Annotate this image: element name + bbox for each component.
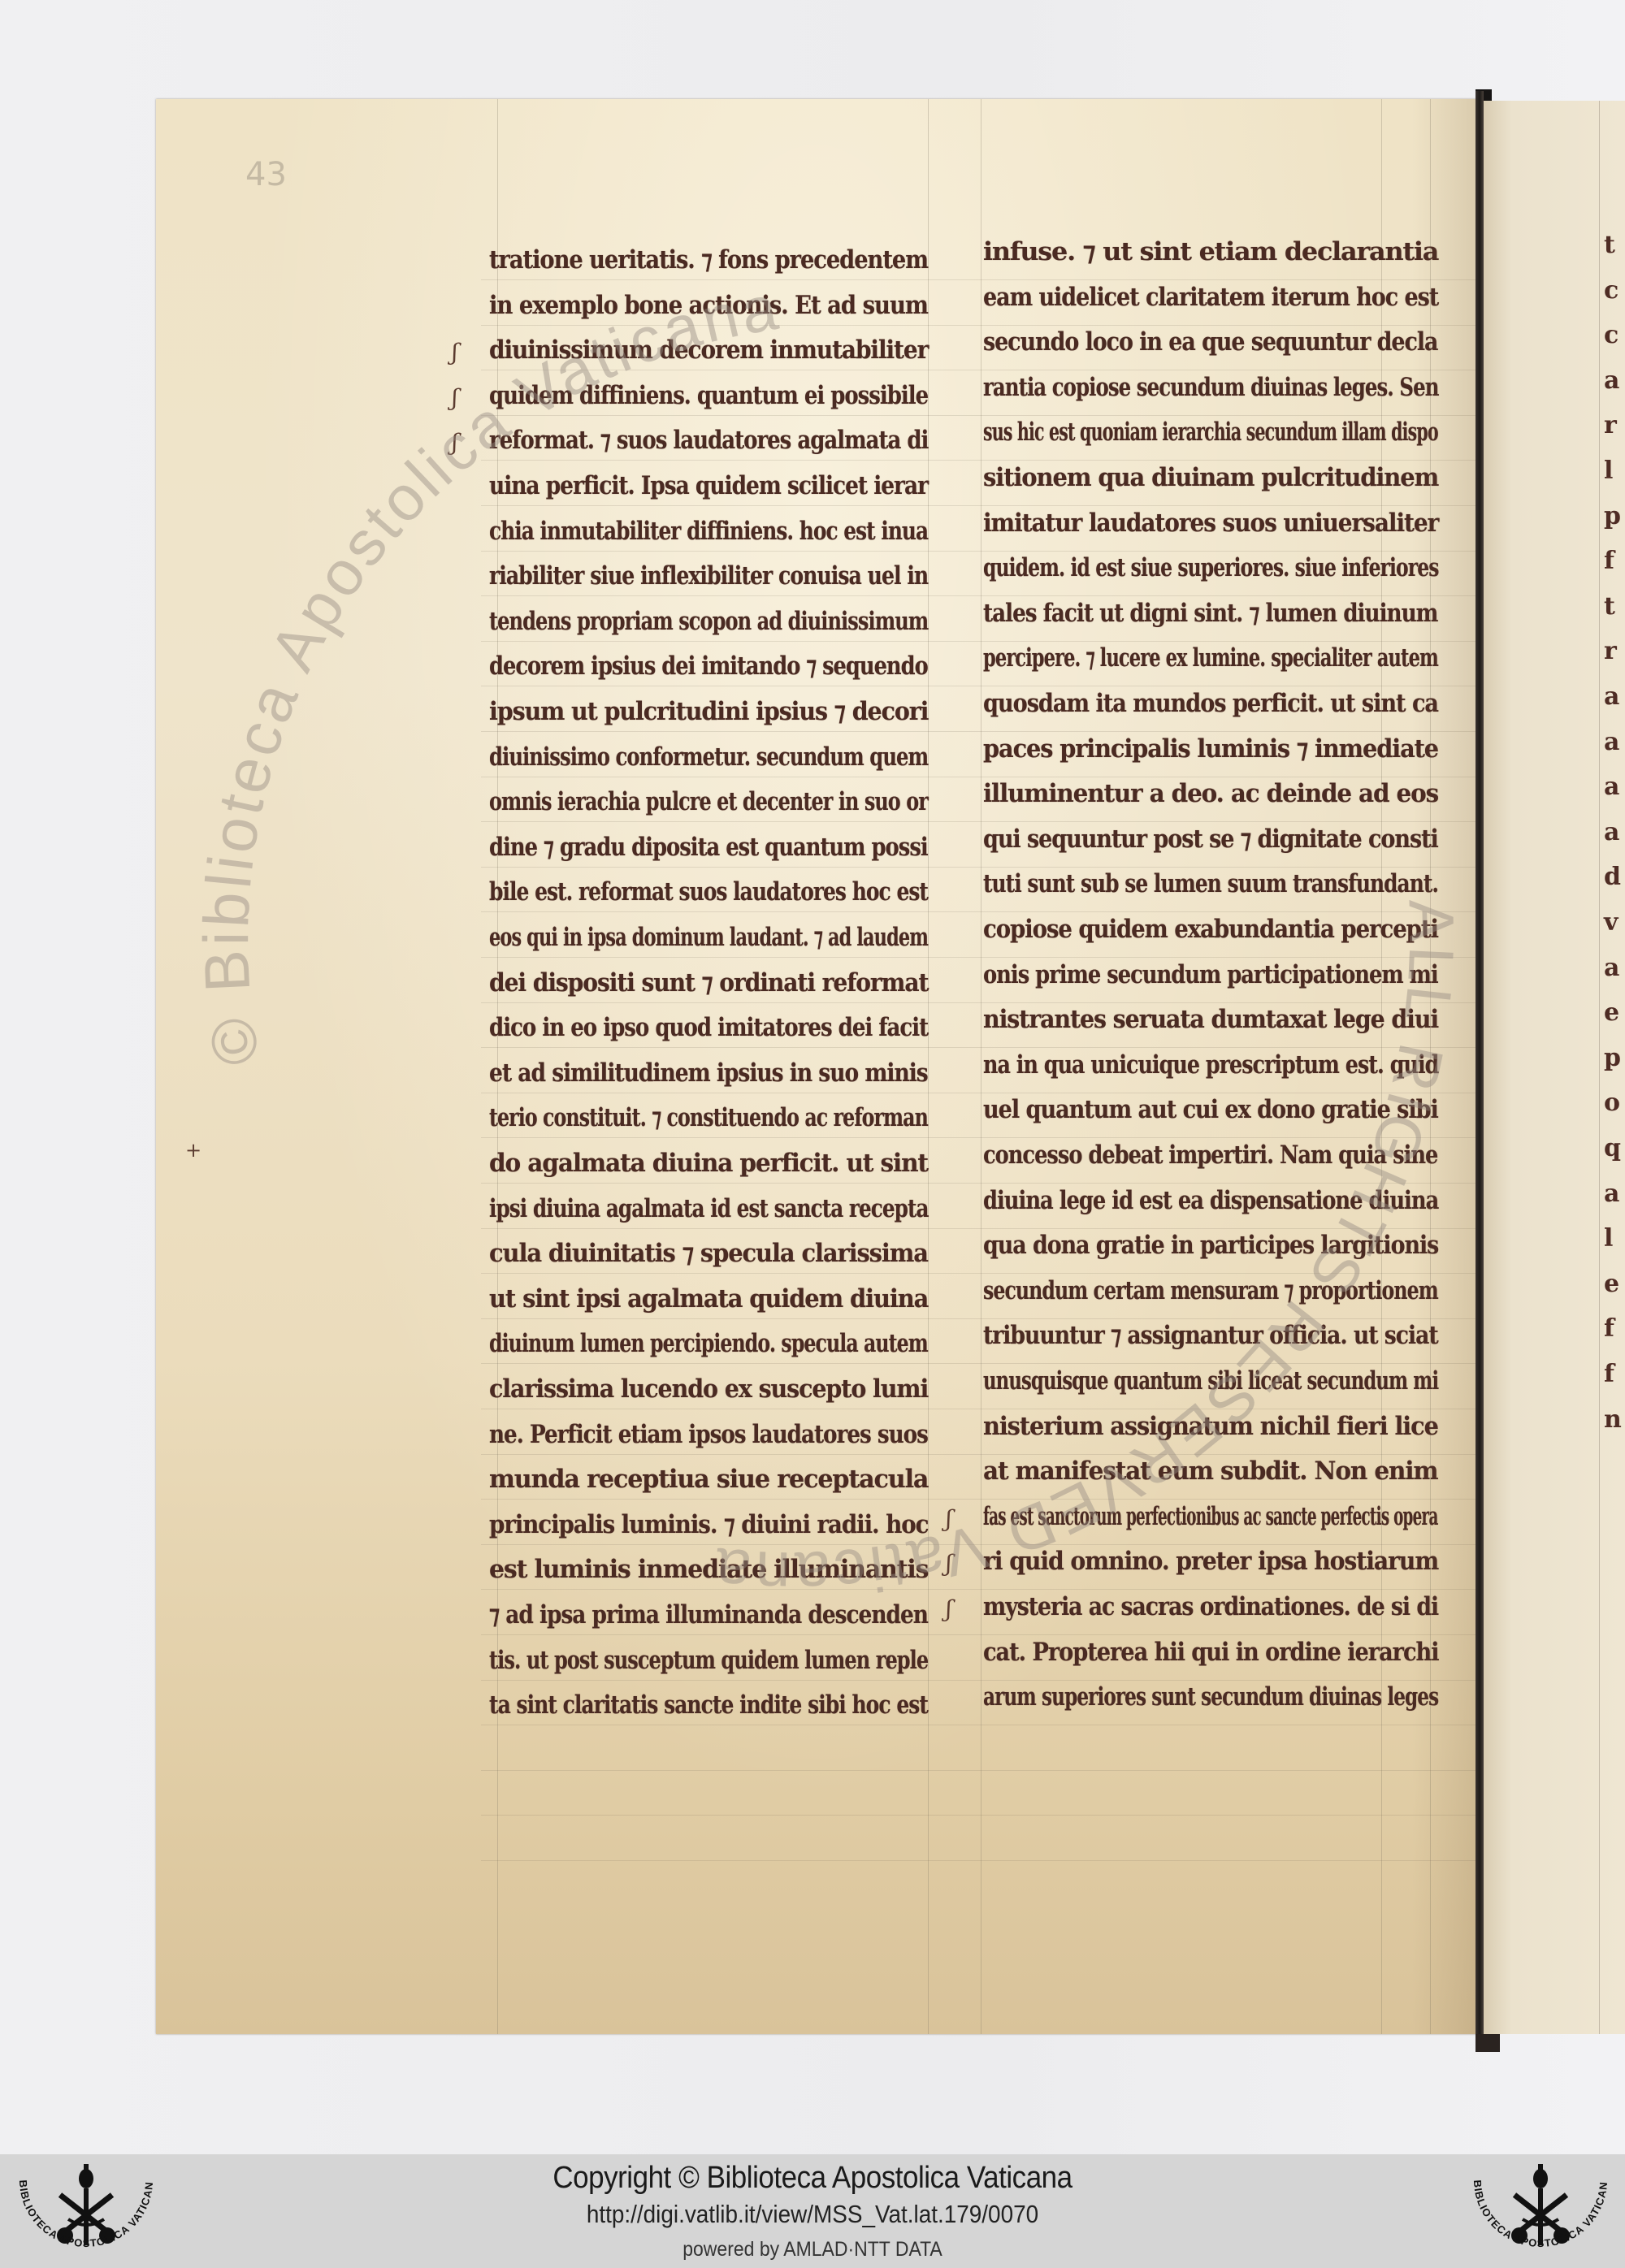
facing-page-letter: f	[1604, 1314, 1614, 1343]
manuscript-line: diuinissimo conformetur. secundum quem	[489, 742, 928, 772]
manuscript-line: tratione ueritatis. ⁊ fons precedentem	[489, 245, 928, 275]
ruling-line	[481, 911, 1477, 912]
manuscript-line: decorem ipsius dei imitando ⁊ sequendo	[489, 651, 928, 681]
margin-mark: ʃ	[452, 429, 458, 456]
manuscript-line: dico in eo ipso quod imitatores dei faci…	[489, 1013, 928, 1042]
book-spine	[1475, 91, 1484, 2034]
facing-page-letter: e	[1604, 1270, 1619, 1298]
facing-page-letter: c	[1604, 276, 1618, 305]
manuscript-line: riabiliter siue inflexibiliter conuisa u…	[489, 561, 928, 591]
ruling-line	[481, 1093, 1477, 1093]
manuscript-line: mysteria ac sacras ordinationes. de si d…	[983, 1592, 1438, 1621]
ruling-line	[481, 595, 1477, 596]
ruling-line	[481, 1454, 1477, 1455]
manuscript-line: diuinum lumen percipiendo. specula autem	[489, 1329, 928, 1358]
manuscript-line: quidem diffiniens. quantum ei possibile	[489, 381, 928, 410]
facing-page-letter: a	[1604, 954, 1619, 982]
facing-page-letter: l	[1604, 457, 1613, 485]
binding-bottom	[1475, 2034, 1500, 2052]
manuscript-line: est luminis inmediate illuminantis	[489, 1555, 928, 1584]
papal-arms-icon	[1511, 2164, 1570, 2245]
manuscript-line: et ad similitudinem ipsius in suo minis	[489, 1058, 928, 1088]
ruling-line	[928, 99, 929, 2034]
facing-page-letter: o	[1604, 1089, 1620, 1117]
facing-page-letter: a	[1604, 728, 1619, 756]
manuscript-line: rantia copiose secundum diuinas leges. S…	[983, 373, 1439, 402]
vatican-library-logo-left: BIBLIOTECA APOSTOLICA VATICANA	[5, 2161, 167, 2266]
ruling-line	[1599, 101, 1600, 2034]
ruling-line	[481, 1183, 1477, 1184]
manuscript-line: sus hic est quoniam ierarchia secundum i…	[983, 418, 1438, 447]
facing-page-letter: e	[1604, 998, 1619, 1027]
manuscript-line: eam uidelicet claritatem iterum hoc est	[983, 283, 1438, 312]
footer-powered-by: powered by AMLAD·NTT DATA	[65, 2238, 1560, 2262]
ruling-line	[481, 551, 1477, 552]
facing-page-letter: t	[1604, 592, 1615, 621]
manuscript-line: in exemplo bone actionis. Et ad suum	[489, 291, 928, 320]
manuscript-line: concesso debeat impertiri. Nam quia sine	[983, 1140, 1437, 1170]
manuscript-line: fas est sanctorum perfectionibus ac sanc…	[983, 1502, 1438, 1531]
facing-page-letter: n	[1604, 1405, 1622, 1434]
vatican-library-logo-right: BIBLIOTECA APOSTOLICA VATICANA	[1459, 2161, 1622, 2266]
manuscript-line: munda receptiua siue receptacula	[489, 1465, 928, 1494]
ruling-line	[481, 1137, 1477, 1138]
manuscript-line: dine ⁊ gradu diposita est quantum possi	[489, 833, 928, 862]
manuscript-line: ⁊ ad ipsa prima illuminanda descenden	[489, 1600, 928, 1630]
manuscript-line: chia inmutabiliter diffiniens. hoc est i…	[489, 517, 928, 546]
facing-page-letter: q	[1604, 1134, 1621, 1162]
ruling-line	[481, 505, 1477, 506]
facing-page-letter: a	[1604, 682, 1619, 711]
ruling-line	[481, 641, 1477, 642]
ruling-line	[481, 325, 1477, 326]
ruling-line	[481, 415, 1477, 416]
ruling-line	[481, 1770, 1477, 1771]
ruling-line	[481, 1047, 1477, 1048]
manuscript-line: secundum certam mensuram ⁊ proportionem	[983, 1276, 1438, 1305]
facing-page-letter: f	[1604, 547, 1614, 575]
footer-url[interactable]: http://digi.vatlib.it/view/MSS_Vat.lat.1…	[81, 2200, 1544, 2229]
ruling-line	[481, 1544, 1477, 1545]
manuscript-line: eos qui in ipsa dominum laudant. ⁊ ad la…	[489, 923, 928, 952]
facing-page-letter: r	[1604, 637, 1617, 665]
facing-page-letter: f	[1604, 1360, 1614, 1388]
manuscript-line: tuti sunt sub se lumen suum transfundant…	[983, 869, 1438, 898]
manuscript-line: dei dispositi sunt ⁊ ordinati reformat	[489, 968, 928, 998]
manuscript-line: infuse. ⁊ ut sint etiam declarantia	[983, 237, 1438, 266]
margin-cross-mark: +	[185, 1139, 201, 1162]
ruling-line	[481, 1318, 1477, 1319]
papal-arms-icon	[57, 2164, 115, 2245]
ruling-line	[481, 1409, 1477, 1409]
manuscript-line: ipsum ut pulcritudini ipsius ⁊ decori	[489, 697, 928, 726]
manuscript-line: diuinissimum decorem inmutabiliter	[489, 335, 928, 365]
manuscript-line: diuina lege id est ea dispensatione diui…	[983, 1186, 1438, 1215]
manuscript-line: quidem. id est siue superiores. siue inf…	[983, 553, 1439, 582]
manuscript-line: qui sequuntur post se ⁊ dignitate consti	[983, 825, 1438, 854]
manuscript-line: ta sint claritatis sancte indite sibi ho…	[489, 1690, 928, 1720]
manuscript-line: omnis ierachia pulcre et decenter in suo…	[489, 787, 928, 816]
manuscript-line: paces principalis luminis ⁊ inmediate	[983, 734, 1438, 764]
manuscript-line: clarissima lucendo ex suscepto lumi	[489, 1374, 928, 1404]
ruling-line	[481, 1273, 1477, 1274]
manuscript-line: onis prime secundum participationem mi	[983, 960, 1438, 989]
ruling-line	[481, 460, 1477, 461]
facing-page-letter: a	[1604, 818, 1619, 846]
manuscript-line: tis. ut post susceptum quidem lumen repl…	[489, 1646, 928, 1675]
manuscript-line: at manifestat eum subdit. Non enim	[983, 1456, 1437, 1486]
ruling-line	[981, 99, 981, 2034]
margin-mark: ʃ	[452, 339, 458, 366]
ruling-line	[481, 1634, 1477, 1635]
copyright-footer: Copyright © Biblioteca Apostolica Vatica…	[0, 2154, 1625, 2268]
manuscript-line: imitatur laudatores suos uniuersaliter	[983, 509, 1438, 538]
ruling-line	[1430, 99, 1431, 2034]
ruling-line	[481, 1680, 1477, 1681]
ruling-line	[481, 867, 1477, 868]
ruling-line	[481, 1815, 1477, 1816]
facing-page-letter: p	[1604, 1044, 1621, 1072]
margin-mark: ʃ	[946, 1505, 952, 1532]
footer-copyright: Copyright © Biblioteca Apostolica Vatica…	[65, 2161, 1560, 2196]
ruling-line	[481, 1499, 1477, 1500]
facing-page-letter: a	[1604, 1179, 1619, 1208]
manuscript-line: tales facit ut digni sint. ⁊ lumen diuin…	[983, 599, 1437, 628]
manuscript-line: tendens propriam scopon ad diuinissimum	[489, 607, 928, 636]
manuscript-line: uel quantum aut cui ex dono gratie sibi	[983, 1095, 1438, 1124]
manuscript-line: quosdam ita mundos perficit. ut sint ca	[983, 689, 1438, 718]
margin-mark: ʃ	[452, 384, 458, 411]
manuscript-line: do agalmata diuina perficit. ut sint	[489, 1149, 928, 1178]
manuscript-line: tribuuntur ⁊ assignantur officia. ut sci…	[983, 1321, 1438, 1350]
ruling-line	[481, 1860, 1477, 1861]
pencil-foliation: 43	[245, 156, 287, 193]
manuscript-line: na in qua unicuique prescriptum est. qui…	[983, 1050, 1438, 1080]
manuscript-line: cula diuinitatis ⁊ specula clarissima	[489, 1239, 928, 1268]
manuscript-line: principalis luminis. ⁊ diuini radii. hoc	[489, 1510, 928, 1539]
manuscript-line: arum superiores sunt secundum diuinas le…	[983, 1682, 1438, 1712]
manuscript-line: ut sint ipsi agalmata quidem diuina	[489, 1284, 928, 1314]
facing-page-letter: a	[1604, 366, 1619, 395]
facing-page-letter: l	[1604, 1224, 1613, 1253]
ruling-line	[481, 777, 1477, 777]
manuscript-line: sitionem qua diuinam pulcritudinem	[983, 463, 1438, 492]
ruling-line	[481, 731, 1477, 732]
manuscript-line: reformat. ⁊ suos laudatores agalmata di	[489, 426, 928, 455]
ruling-line	[481, 821, 1477, 822]
ruling-line	[481, 370, 1477, 370]
facing-page-letter: r	[1604, 411, 1617, 439]
manuscript-line: ipsi diuina agalmata id est sancta recep…	[489, 1194, 929, 1223]
manuscript-line: ri quid omnino. preter ipsa hostiarum	[983, 1547, 1438, 1576]
ruling-line	[481, 1002, 1477, 1003]
manuscript-line: secundo loco in ea que sequuntur decla	[983, 327, 1437, 357]
facing-page-letter: p	[1604, 502, 1621, 530]
ruling-line	[481, 1228, 1477, 1229]
ruling-line	[481, 957, 1477, 958]
facing-page-letter: t	[1604, 231, 1615, 259]
manuscript-line: terio constituit. ⁊ constituendo ac refo…	[489, 1103, 928, 1132]
manuscript-line: copiose quidem exabundantia percepti	[983, 915, 1438, 944]
manuscript-line: uina perficit. Ipsa quidem scilicet iera…	[489, 471, 928, 500]
ruling-line	[481, 1589, 1477, 1590]
facing-page-letter: c	[1604, 321, 1618, 349]
facing-page-letter: v	[1604, 908, 1618, 937]
manuscript-line: nisterium assignatum nichil fieri lice	[983, 1412, 1438, 1441]
manuscript-line: cat. Propterea hii qui in ordine ierarch…	[983, 1638, 1438, 1667]
manuscript-line: bile est. reformat suos laudatores hoc e…	[489, 877, 928, 907]
manuscript-line: unusquisque quantum sibi liceat secundum…	[983, 1366, 1438, 1396]
ruling-line	[481, 686, 1477, 686]
ruling-line	[481, 1725, 1477, 1725]
facing-page-letter: a	[1604, 773, 1619, 801]
manuscript-folio: 43 A h + tratione ueritatis. ⁊ fons prec…	[156, 99, 1477, 2034]
manuscript-line: percipere. ⁊ lucere ex lumine. specialit…	[983, 643, 1438, 673]
manuscript-line: ne. Perficit etiam ipsos laudatores suos	[489, 1420, 928, 1449]
manuscript-line: qua dona gratie in participes largitioni…	[983, 1231, 1438, 1260]
facing-page-letter: d	[1604, 863, 1621, 891]
margin-mark: ʃ	[946, 1550, 952, 1577]
facing-page-fragment: tccarlpftraaaadvaepoqaleffn	[1484, 101, 1625, 2034]
manuscript-line: illuminentur a deo. ac deinde ad eos	[983, 779, 1438, 808]
ruling-line	[481, 1363, 1477, 1364]
ruling-line	[481, 279, 1477, 280]
manuscript-line: nistrantes seruata dumtaxat lege diui	[983, 1005, 1438, 1034]
margin-mark: ʃ	[946, 1595, 952, 1622]
